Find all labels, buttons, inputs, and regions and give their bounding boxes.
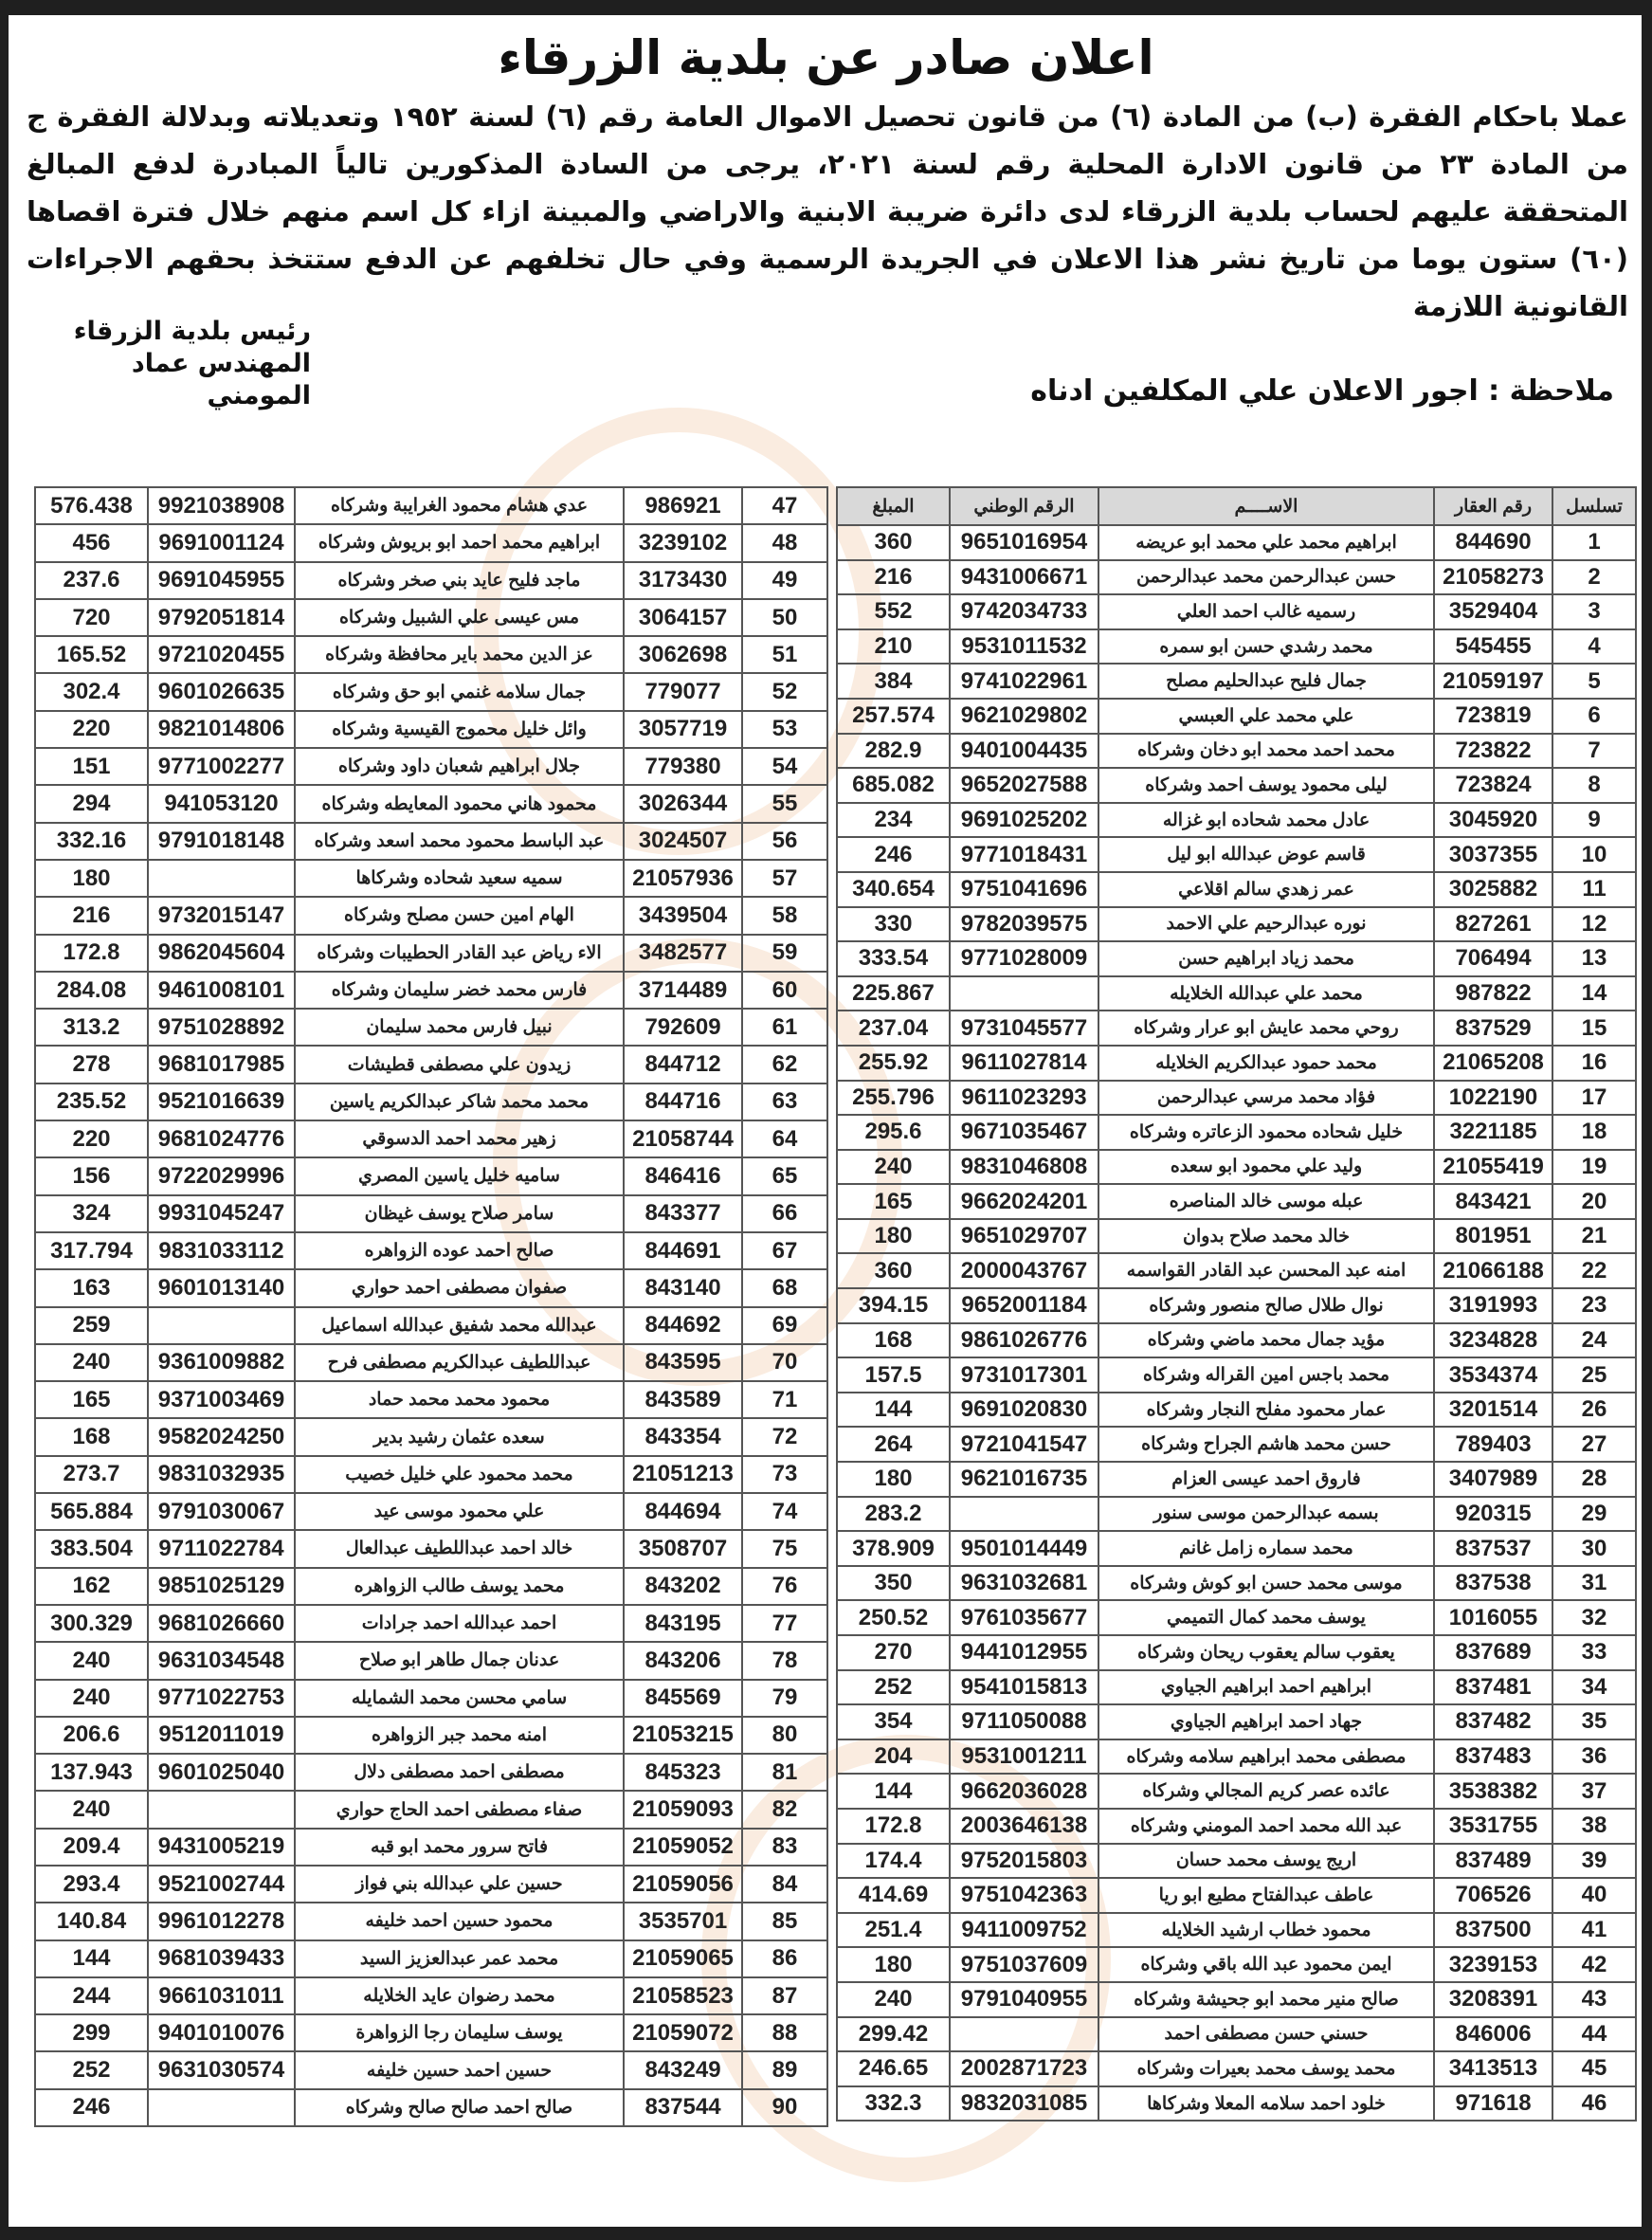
cell-property-no: 843421: [1434, 1184, 1552, 1219]
cell-name: جمال سلامه غنمي ابو حق وشركاه: [295, 673, 624, 710]
cell-seq: 13: [1552, 941, 1636, 976]
cell-amount: 282.9: [837, 734, 950, 769]
cell-name: محمد باجس امين القراله وشركاه: [1098, 1357, 1434, 1393]
cell-seq: 41: [1552, 1913, 1636, 1948]
cell-national-id: 9751041696: [950, 872, 1098, 907]
table-row: 43 3208391 صالح منير محمد ابو جحيشة وشرك…: [837, 1982, 1636, 2017]
cell-national-id: 9771018431: [950, 837, 1098, 872]
cell-property-no: 3534374: [1434, 1357, 1552, 1393]
cell-amount: 168: [837, 1323, 950, 1358]
cell-seq: 64: [742, 1120, 827, 1157]
cell-national-id: 9401010076: [148, 2014, 295, 2051]
cell-amount: 283.2: [837, 1497, 950, 1532]
cell-seq: 47: [742, 487, 827, 524]
table-row: 24 3234828 مؤيد جمال محمد ماضي وشركاه 98…: [837, 1323, 1636, 1358]
cell-name: علي محمود موسى عيد: [295, 1493, 624, 1530]
table-row: 82 21059093 صفاء مصطفى احمد الحاج حواري …: [35, 1791, 827, 1828]
cell-name: رسميه غالب احمد العلي: [1098, 594, 1434, 629]
cell-name: محمود حسين احمد خليفه: [295, 1903, 624, 1940]
cell-name: فؤاد محمد مرسي عبدالرحمن: [1098, 1081, 1434, 1116]
cell-name: علي محمد علي العبسي: [1098, 699, 1434, 734]
cell-amount: 299: [35, 2014, 148, 2051]
cell-national-id: 9601025040: [148, 1754, 295, 1791]
table-row: 13 706494 محمد زياد ابراهيم حسن 97710280…: [837, 941, 1636, 976]
cell-national-id: 9921038908: [148, 487, 295, 524]
cell-name: جهاد احمد ابراهيم الجياوي: [1098, 1704, 1434, 1739]
table-row: 61 792609 نبيل فارس محمد سليمان 97510288…: [35, 1009, 827, 1046]
cell-name: عبد الله محمد احمد المومني وشركاه: [1098, 1809, 1434, 1844]
cell-property-no: 3482577: [624, 935, 742, 972]
cell-national-id: 9831046808: [950, 1150, 1098, 1185]
cell-amount: 180: [837, 1462, 950, 1497]
cell-national-id: 9732015147: [148, 897, 295, 934]
table-row: 75 3508707 خالد احمد عبداللطيف عبدالعال …: [35, 1530, 827, 1567]
cell-amount: 552: [837, 594, 950, 629]
cell-name: فاروق احمد عيسى العزام: [1098, 1462, 1434, 1497]
cell-seq: 34: [1552, 1670, 1636, 1705]
cell-amount: 255.796: [837, 1081, 950, 1116]
cell-seq: 45: [1552, 2051, 1636, 2086]
cell-amount: 278: [35, 1046, 148, 1083]
cell-national-id: 9771002277: [148, 748, 295, 785]
cell-property-no: 3531755: [1434, 1809, 1552, 1844]
cell-national-id: 9721020455: [148, 636, 295, 673]
cell-name: محمد رشدي حسن ابو سمره: [1098, 629, 1434, 665]
table-row: 54 779380 جلال ابراهيم شعبان داود وشركاه…: [35, 748, 827, 785]
cell-amount: 414.69: [837, 1878, 950, 1913]
cell-seq: 40: [1552, 1878, 1636, 1913]
cell-national-id: 9791040955: [950, 1982, 1098, 2017]
cell-national-id: 9411009752: [950, 1913, 1098, 1948]
cell-property-no: 837537: [1434, 1531, 1552, 1566]
cell-amount: 165.52: [35, 636, 148, 673]
cell-property-no: 846416: [624, 1157, 742, 1194]
column-header-seq: تسلسل: [1552, 487, 1636, 525]
cell-seq: 14: [1552, 976, 1636, 1011]
cell-amount: 317.794: [35, 1232, 148, 1269]
cell-amount: 220: [35, 711, 148, 748]
cell-amount: 293.4: [35, 1866, 148, 1903]
cell-seq: 87: [742, 1977, 827, 2014]
table-row: 35 837482 جهاد احمد ابراهيم الجياوي 9711…: [837, 1704, 1636, 1739]
cell-property-no: 723824: [1434, 768, 1552, 803]
table-row: 63 844716 محمد محمد شاكر عبدالكريم ياسين…: [35, 1084, 827, 1120]
cell-seq: 82: [742, 1791, 827, 1828]
cell-national-id: 9371003469: [148, 1381, 295, 1418]
cell-national-id: [148, 1791, 295, 1828]
cell-national-id: 9691025202: [950, 803, 1098, 838]
cell-national-id: 9631032681: [950, 1566, 1098, 1601]
cell-seq: 38: [1552, 1809, 1636, 1844]
frame-border-top: [0, 0, 1652, 15]
column-header-national-id: الرقم الوطني: [950, 487, 1098, 525]
table-row: 64 21058744 زهير محمد احمد الدسوقي 96810…: [35, 1120, 827, 1157]
table-row: 70 843595 عبداللطيف عبدالكريم مصطفى فرح …: [35, 1344, 827, 1381]
cell-amount: 257.574: [837, 699, 950, 734]
cell-property-no: 843595: [624, 1344, 742, 1381]
cell-property-no: 844690: [1434, 525, 1552, 560]
table-row: 45 3413513 محمد يوسف محمد بعيرات وشركاه …: [837, 2051, 1636, 2086]
cell-amount: 246.65: [837, 2051, 950, 2086]
cell-seq: 1: [1552, 525, 1636, 560]
cell-national-id: 9512011019: [148, 1717, 295, 1754]
cell-property-no: 1016055: [1434, 1600, 1552, 1635]
table-row: 21 801951 خالد محمد صلاح بدوان 965102970…: [837, 1219, 1636, 1254]
cell-national-id: 9761035677: [950, 1600, 1098, 1635]
cell-seq: 76: [742, 1568, 827, 1605]
cell-seq: 33: [1552, 1635, 1636, 1670]
cell-seq: 53: [742, 711, 827, 748]
cell-amount: 237.6: [35, 562, 148, 599]
cell-amount: 576.438: [35, 487, 148, 524]
cell-name: مصطفى احمد مصطفى دلال: [295, 1754, 624, 1791]
cell-seq: 72: [742, 1418, 827, 1455]
table-row: 16 21065208 محمد حمود عبدالكريم الخلايله…: [837, 1046, 1636, 1081]
cell-name: ابراهيم محمد احمد ابو بريوش وشركاه: [295, 524, 624, 561]
table-row: 68 843140 صفوان مصطفى احمد حواري 9601013…: [35, 1269, 827, 1306]
announcement-note: ملاحظة : اجور الاعلان علي المكلفين ادناه: [1030, 373, 1614, 410]
cell-name: ماجد فليح عايد بني صخر وشركاه: [295, 562, 624, 599]
cell-national-id: 9621016735: [950, 1462, 1098, 1497]
table-row: 38 3531755 عبد الله محمد احمد المومني وش…: [837, 1809, 1636, 1844]
cell-property-no: 3221185: [1434, 1115, 1552, 1150]
cell-seq: 80: [742, 1717, 827, 1754]
table-row: 80 21053215 امنه محمد جبر الزواهره 95120…: [35, 1717, 827, 1754]
cell-amount: 180: [35, 860, 148, 897]
cell-name: خليل شحاده محمود الزعاتره وشركاه: [1098, 1115, 1434, 1150]
cell-national-id: 9791030067: [148, 1493, 295, 1530]
cell-seq: 46: [1552, 2086, 1636, 2122]
cell-seq: 84: [742, 1866, 827, 1903]
table-row: 59 3482577 الاء رياض عبد القادر الحطيبات…: [35, 935, 827, 972]
table-row: 30 837537 محمد سماره زامل غانم 950101444…: [837, 1531, 1636, 1566]
table-row: 34 837481 ابراهيم احمد ابراهيم الجياوي 9…: [837, 1670, 1636, 1705]
cell-name: صالح احمد صالح صالح وشركاه: [295, 2089, 624, 2126]
cell-property-no: 837689: [1434, 1635, 1552, 1670]
cell-seq: 77: [742, 1605, 827, 1642]
table-row: 15 837529 روحي محمد عايش ابو عرار وشركاه…: [837, 1011, 1636, 1046]
cell-name: امنه محمد جبر الزواهره: [295, 1717, 624, 1754]
cell-property-no: 1022190: [1434, 1081, 1552, 1116]
cell-property-no: 844712: [624, 1046, 742, 1083]
table-row: 65 846416 ساميه خليل ياسين المصري 972202…: [35, 1157, 827, 1194]
cell-name: الاء رياض عبد القادر الحطيبات وشركاه: [295, 935, 624, 972]
table-row: 52 779077 جمال سلامه غنمي ابو حق وشركاه …: [35, 673, 827, 710]
cell-amount: 151: [35, 748, 148, 785]
cell-name: عدي هشام محمود الغرايبة وشركاه: [295, 487, 624, 524]
cell-amount: 165: [837, 1184, 950, 1219]
cell-name: حسن عبدالرحمن محمد عبدالرحمن: [1098, 560, 1434, 595]
cell-seq: 65: [742, 1157, 827, 1194]
cell-property-no: 3208391: [1434, 1982, 1552, 2017]
cell-name: وليد علي محمود ابو سعده: [1098, 1150, 1434, 1185]
cell-property-no: 789403: [1434, 1427, 1552, 1462]
cell-national-id: 9401004435: [950, 734, 1098, 769]
table-row: 28 3407989 فاروق احمد عيسى العزام 962101…: [837, 1462, 1636, 1497]
cell-seq: 17: [1552, 1081, 1636, 1116]
cell-name: حسن محمد هاشم الجراح وشركاه: [1098, 1427, 1434, 1462]
cell-amount: 340.654: [837, 872, 950, 907]
table-row: 14 987822 محمد علي عبدالله الخلايله 225.…: [837, 976, 1636, 1011]
table-row: 2 21058273 حسن عبدالرحمن محمد عبدالرحمن …: [837, 560, 1636, 595]
cell-property-no: 3045920: [1434, 803, 1552, 838]
cell-amount: 313.2: [35, 1009, 148, 1046]
cell-name: فارس محمد خضر سليمان وشركاه: [295, 972, 624, 1009]
table-row: 47 986921 عدي هشام محمود الغرايبة وشركاه…: [35, 487, 827, 524]
cell-property-no: 3413513: [1434, 2051, 1552, 2086]
cell-name: ساميه خليل ياسين المصري: [295, 1157, 624, 1194]
cell-name: مصطفى محمد ابراهيم سلامه وشركاه: [1098, 1739, 1434, 1775]
cell-property-no: 779380: [624, 748, 742, 785]
table-row: 4 545455 محمد رشدي حسن ابو سمره 95310115…: [837, 629, 1636, 665]
cell-seq: 57: [742, 860, 827, 897]
cell-name: عدنان جمال طاهر ابو صلاح: [295, 1642, 624, 1679]
cell-name: محمد عمر عبدالعزيز السيد: [295, 1940, 624, 1977]
cell-name: وائل خليل محموج القيسية وشركاه: [295, 711, 624, 748]
cell-seq: 78: [742, 1642, 827, 1679]
cell-seq: 74: [742, 1493, 827, 1530]
cell-amount: 240: [35, 1791, 148, 1828]
cell-seq: 51: [742, 636, 827, 673]
cell-name: حسني حسن مصطفى احمد: [1098, 2017, 1434, 2052]
cell-seq: 32: [1552, 1600, 1636, 1635]
table-row: 81 845323 مصطفى احمد مصطفى دلال 96010250…: [35, 1754, 827, 1791]
cell-national-id: 9931045247: [148, 1195, 295, 1232]
cell-amount: 246: [35, 2089, 148, 2126]
cell-property-no: 21058744: [624, 1120, 742, 1157]
cell-property-no: 723819: [1434, 699, 1552, 734]
cell-seq: 39: [1552, 1844, 1636, 1879]
cell-name: يوسف محمد كمال التميمي: [1098, 1600, 1434, 1635]
cell-seq: 88: [742, 2014, 827, 2051]
table-row: 57 21057936 سميه سعيد شحاده وشركاها 180: [35, 860, 827, 897]
cell-name: عادل محمد شحاده ابو غزاله: [1098, 803, 1434, 838]
cell-national-id: 9652001184: [950, 1288, 1098, 1323]
cell-national-id: 9601026635: [148, 673, 295, 710]
cell-name: خلود احمد سلامه المعلا وشركاها: [1098, 2086, 1434, 2122]
cell-property-no: 837481: [1434, 1670, 1552, 1705]
cell-property-no: 3173430: [624, 562, 742, 599]
cell-national-id: 9681017985: [148, 1046, 295, 1083]
cell-name: جلال ابراهيم شعبان داود وشركاه: [295, 748, 624, 785]
cell-property-no: 971618: [1434, 2086, 1552, 2122]
table-row: 33 837689 يعقوب سالم يعقوب ريحان وشركاه …: [837, 1635, 1636, 1670]
cell-national-id: 9831033112: [148, 1232, 295, 1269]
table-row: 83 21059052 فاتح سرور محمد ابو قبه 94310…: [35, 1829, 827, 1866]
cell-name: محمد رضوان عايد الخلايله: [295, 1977, 624, 2014]
cell-amount: 252: [837, 1670, 950, 1705]
cell-national-id: 9521002744: [148, 1866, 295, 1903]
cell-property-no: 21059052: [624, 1829, 742, 1866]
cell-name: صفاء مصطفى احمد الحاج حواري: [295, 1791, 624, 1828]
cell-seq: 8: [1552, 768, 1636, 803]
cell-amount: 240: [35, 1642, 148, 1679]
cell-property-no: 3037355: [1434, 837, 1552, 872]
cell-property-no: 21058523: [624, 1977, 742, 2014]
cell-name: محمد يوسف طالب الزواهره: [295, 1568, 624, 1605]
cell-national-id: 9681024776: [148, 1120, 295, 1157]
cell-seq: 28: [1552, 1462, 1636, 1497]
cell-property-no: 21053215: [624, 1717, 742, 1754]
cell-national-id: 9792051814: [148, 599, 295, 636]
table-row: 77 843195 احمد عبدالله احمد جرادات 96810…: [35, 1605, 827, 1642]
cell-name: نوال طلال صالح منصور وشركاه: [1098, 1288, 1434, 1323]
table-row: 69 844692 عبدالله محمد شفيق عبدالله اسما…: [35, 1307, 827, 1344]
cell-amount: 180: [837, 1947, 950, 1982]
cell-amount: 157.5: [837, 1357, 950, 1393]
cell-amount: 456: [35, 524, 148, 561]
cell-amount: 156: [35, 1157, 148, 1194]
cell-national-id: 9751042363: [950, 1878, 1098, 1913]
cell-amount: 378.909: [837, 1531, 950, 1566]
cell-national-id: 9851025129: [148, 1568, 295, 1605]
cell-amount: 264: [837, 1427, 950, 1462]
cell-national-id: 9751037609: [950, 1947, 1098, 1982]
table-row: 37 3538382 عائده عصر كريم المجالي وشركاه…: [837, 1774, 1636, 1809]
cell-amount: 302.4: [35, 673, 148, 710]
cell-national-id: 9961012278: [148, 1903, 295, 1940]
cell-name: حسين علي عبدالله بني فواز: [295, 1866, 624, 1903]
cell-name: سميه سعيد شحاده وشركاها: [295, 860, 624, 897]
cell-property-no: 21055419: [1434, 1150, 1552, 1185]
cell-seq: 43: [1552, 1982, 1636, 2017]
cell-amount: 300.329: [35, 1605, 148, 1642]
cell-name: عبله موسى خالد المناصره: [1098, 1184, 1434, 1219]
cell-name: اريج يوسف محمد حسان: [1098, 1844, 1434, 1879]
cell-seq: 27: [1552, 1427, 1636, 1462]
cell-name: عمار محمود مفلح النجار وشركاه: [1098, 1393, 1434, 1428]
cell-name: نبيل فارس محمد سليمان: [295, 1009, 624, 1046]
signature-block: رئيس بلدية الزرقاء المهندس عماد المومني: [27, 316, 311, 412]
taxpayers-table-right: تسلسل رقم العقار الاســــم الرقم الوطني …: [836, 486, 1637, 2122]
table-row: 12 827261 نوره عبدالرحيم علي الاحمد 9782…: [837, 907, 1636, 942]
cell-amount: 240: [35, 1344, 148, 1381]
cell-seq: 83: [742, 1829, 827, 1866]
table-row: 58 3439504 الهام امين حسن مصلح وشركاه 97…: [35, 897, 827, 934]
table-row: 44 846006 حسني حسن مصطفى احمد 299.42: [837, 2017, 1636, 2052]
table-row: 90 837544 صالح احمد صالح صالح وشركاه 246: [35, 2089, 827, 2126]
cell-seq: 16: [1552, 1046, 1636, 1081]
cell-name: عز الدين محمد باير محافظة وشركاه: [295, 636, 624, 673]
cell-amount: 252: [35, 2051, 148, 2088]
cell-national-id: 9621029802: [950, 699, 1098, 734]
cell-property-no: 3024507: [624, 823, 742, 860]
cell-property-no: 21059065: [624, 1940, 742, 1977]
cell-property-no: 706494: [1434, 941, 1552, 976]
cell-name: الهام امين حسن مصلح وشركاه: [295, 897, 624, 934]
cell-property-no: 843206: [624, 1642, 742, 1679]
cell-amount: 237.04: [837, 1011, 950, 1046]
cell-property-no: 3064157: [624, 599, 742, 636]
cell-amount: 354: [837, 1704, 950, 1739]
table-row: 6 723819 علي محمد علي العبسي 9621029802 …: [837, 699, 1636, 734]
cell-property-no: 846006: [1434, 2017, 1552, 2052]
cell-seq: 12: [1552, 907, 1636, 942]
cell-property-no: 920315: [1434, 1497, 1552, 1532]
cell-national-id: 9742034733: [950, 594, 1098, 629]
cell-national-id: 9751028892: [148, 1009, 295, 1046]
cell-name: فاتح سرور محمد ابو قبه: [295, 1829, 624, 1866]
cell-seq: 79: [742, 1680, 827, 1717]
cell-national-id: 9652027588: [950, 768, 1098, 803]
cell-national-id: 9631030574: [148, 2051, 295, 2088]
cell-seq: 25: [1552, 1357, 1636, 1393]
cell-national-id: 9721041547: [950, 1427, 1098, 1462]
cell-national-id: 9731045577: [950, 1011, 1098, 1046]
cell-seq: 90: [742, 2089, 827, 2126]
cell-name: صالح احمد عوده الزواهره: [295, 1232, 624, 1269]
cell-seq: 44: [1552, 2017, 1636, 2052]
cell-amount: 172.8: [837, 1809, 950, 1844]
cell-seq: 37: [1552, 1774, 1636, 1809]
cell-seq: 35: [1552, 1704, 1636, 1739]
cell-name: محمد سماره زامل غانم: [1098, 1531, 1434, 1566]
cell-seq: 19: [1552, 1150, 1636, 1185]
cell-name: امنه عبد المحسن عبد القادر القواسمه: [1098, 1253, 1434, 1288]
cell-national-id: 9662036028: [950, 1774, 1098, 1809]
cell-name: محمد علي عبدالله الخلايله: [1098, 976, 1434, 1011]
table-row: 39 837489 اريج يوسف محمد حسان 9752015803…: [837, 1844, 1636, 1879]
table-row: 36 837483 مصطفى محمد ابراهيم سلامه وشركا…: [837, 1739, 1636, 1775]
cell-national-id: 9671035467: [950, 1115, 1098, 1150]
cell-property-no: 3714489: [624, 972, 742, 1009]
cell-seq: 4: [1552, 629, 1636, 665]
cell-seq: 22: [1552, 1253, 1636, 1288]
cell-national-id: 9582024250: [148, 1418, 295, 1455]
table-row: 10 3037355 قاسم عوض عبدالله ابو ليل 9771…: [837, 837, 1636, 872]
table-row: 31 837538 موسى محمد حسن ابو كوش وشركاه 9…: [837, 1566, 1636, 1601]
cell-national-id: 9681039433: [148, 1940, 295, 1977]
cell-seq: 24: [1552, 1323, 1636, 1358]
cell-national-id: 9541015813: [950, 1670, 1098, 1705]
cell-national-id: 9611027814: [950, 1046, 1098, 1081]
cell-name: احمد عبدالله احمد جرادات: [295, 1605, 624, 1642]
cell-seq: 55: [742, 785, 827, 822]
table-row: 74 844694 علي محمود موسى عيد 9791030067 …: [35, 1493, 827, 1530]
cell-amount: 565.884: [35, 1493, 148, 1530]
table-row: 1 844690 ابراهيم محمد علي محمد ابو عريضه…: [837, 525, 1636, 560]
cell-amount: 210: [837, 629, 950, 665]
cell-name: مس عيسى علي الشبيل وشركاه: [295, 599, 624, 636]
table-row: 29 920315 بسمه عبدالرحمن موسى سنور 283.2: [837, 1497, 1636, 1532]
cell-property-no: 3535701: [624, 1903, 742, 1940]
table-row: 48 3239102 ابراهيم محمد احمد ابو بريوش و…: [35, 524, 827, 561]
table-row: 41 837500 محمود خطاب ارشيد الخلايله 9411…: [837, 1913, 1636, 1948]
cell-seq: 73: [742, 1456, 827, 1493]
cell-property-no: 21058273: [1434, 560, 1552, 595]
cell-name: نوره عبدالرحيم علي الاحمد: [1098, 907, 1434, 942]
table-row: 40 706526 عاطف عبدالفتاح مطيع ابو ريا 97…: [837, 1878, 1636, 1913]
cell-national-id: 9691020830: [950, 1393, 1098, 1428]
cell-seq: 68: [742, 1269, 827, 1306]
cell-property-no: 3538382: [1434, 1774, 1552, 1809]
cell-amount: 165: [35, 1381, 148, 1418]
cell-seq: 36: [1552, 1739, 1636, 1775]
table-row: 62 844712 زيدون علي مصطفى قطيشات 9681017…: [35, 1046, 827, 1083]
cell-property-no: 545455: [1434, 629, 1552, 665]
table-row: 32 1016055 يوسف محمد كمال التميمي 976103…: [837, 1600, 1636, 1635]
cell-name: خالد احمد عبداللطيف عبدالعال: [295, 1530, 624, 1567]
cell-amount: 350: [837, 1566, 950, 1601]
cell-seq: 29: [1552, 1497, 1636, 1532]
cell-property-no: 21059056: [624, 1866, 742, 1903]
cell-national-id: 2003646138: [950, 1809, 1098, 1844]
table-body-left: 47 986921 عدي هشام محمود الغرايبة وشركاه…: [35, 487, 827, 2126]
cell-property-no: 21059093: [624, 1791, 742, 1828]
cell-property-no: 3191993: [1434, 1288, 1552, 1323]
cell-seq: 11: [1552, 872, 1636, 907]
cell-national-id: 9361009882: [148, 1344, 295, 1381]
